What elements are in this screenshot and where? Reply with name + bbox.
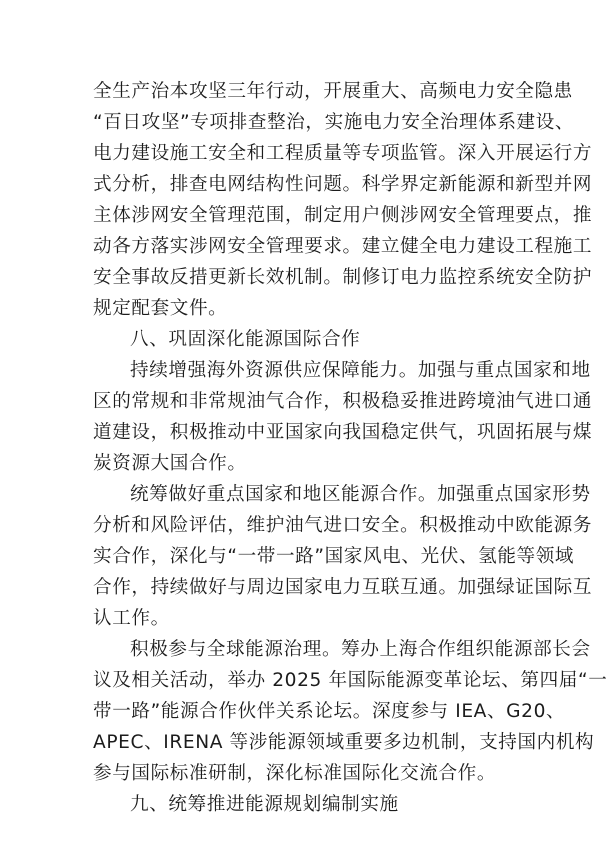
text-line: 动各方落实涉网安全管理要求。建立健全电力建设工程施工	[93, 231, 521, 262]
text-line: 安全事故反措更新长效机制。制修订电力监控系统安全防护	[93, 262, 521, 293]
paragraph-key-countries: 统筹做好重点国家和地区能源合作。加强重点国家形势 分析和风险评估，维护油气进口安…	[93, 479, 521, 634]
text-line: APEC、IRENA 等涉能源领域重要多边机制，支持国内机构	[93, 727, 521, 758]
paragraph-safety-continuation: 全生产治本攻坚三年行动，开展重大、高频电力安全隐患 “百日攻坚”专项排查整治，实…	[93, 76, 521, 324]
text-line: 议及相关活动，举办 2025 年国际能源变革论坛、第四届“一	[93, 665, 521, 696]
document-page: 全生产治本攻坚三年行动，开展重大、高频电力安全隐患 “百日攻坚”专项排查整治，实…	[0, 0, 613, 866]
text-line: 参与国际标准研制，深化标准国际化交流合作。	[93, 758, 521, 789]
heading-text: 八、巩固深化能源国际合作	[93, 324, 521, 355]
text-line: 电力建设施工安全和工程质量等专项监管。深入开展运行方	[93, 138, 521, 169]
paragraph-global-governance: 积极参与全球能源治理。筹办上海合作组织能源部长会 议及相关活动，举办 2025 …	[93, 634, 521, 789]
document-body: 全生产治本攻坚三年行动，开展重大、高频电力安全隐患 “百日攻坚”专项排查整治，实…	[93, 76, 521, 820]
text-line: 积极参与全球能源治理。筹办上海合作组织能源部长会	[93, 634, 521, 665]
text-line: 认工作。	[93, 603, 521, 634]
text-line: 规定配套文件。	[93, 293, 521, 324]
text-line: 炭资源大国合作。	[93, 448, 521, 479]
section-heading-8: 八、巩固深化能源国际合作	[93, 324, 521, 355]
text-line: 式分析，排查电网结构性问题。科学界定新能源和新型并网	[93, 169, 521, 200]
text-line: 统筹做好重点国家和地区能源合作。加强重点国家形势	[93, 479, 521, 510]
paragraph-overseas-supply: 持续增强海外资源供应保障能力。加强与重点国家和地 区的常规和非常规油气合作，积极…	[93, 355, 521, 479]
text-line: 持续增强海外资源供应保障能力。加强与重点国家和地	[93, 355, 521, 386]
text-line: 道建设，积极推动中亚国家向我国稳定供气，巩固拓展与煤	[93, 417, 521, 448]
text-line: 合作，持续做好与周边国家电力互联互通。加强绿证国际互	[93, 572, 521, 603]
text-line: 带一路”能源合作伙伴关系论坛。深度参与 IEA、G20、	[93, 696, 521, 727]
page-number: 9	[0, 802, 613, 811]
text-line: 主体涉网安全管理范围，制定用户侧涉网安全管理要点，推	[93, 200, 521, 231]
text-line: “百日攻坚”专项排查整治，实施电力安全治理体系建设、	[93, 107, 521, 138]
text-line: 区的常规和非常规油气合作，积极稳妥推进跨境油气进口通	[93, 386, 521, 417]
text-line: 分析和风险评估，维护油气进口安全。积极推动中欧能源务	[93, 510, 521, 541]
text-line: 实合作，深化与“一带一路”国家风电、光伏、氢能等领域	[93, 541, 521, 572]
text-line: 全生产治本攻坚三年行动，开展重大、高频电力安全隐患	[93, 76, 521, 107]
